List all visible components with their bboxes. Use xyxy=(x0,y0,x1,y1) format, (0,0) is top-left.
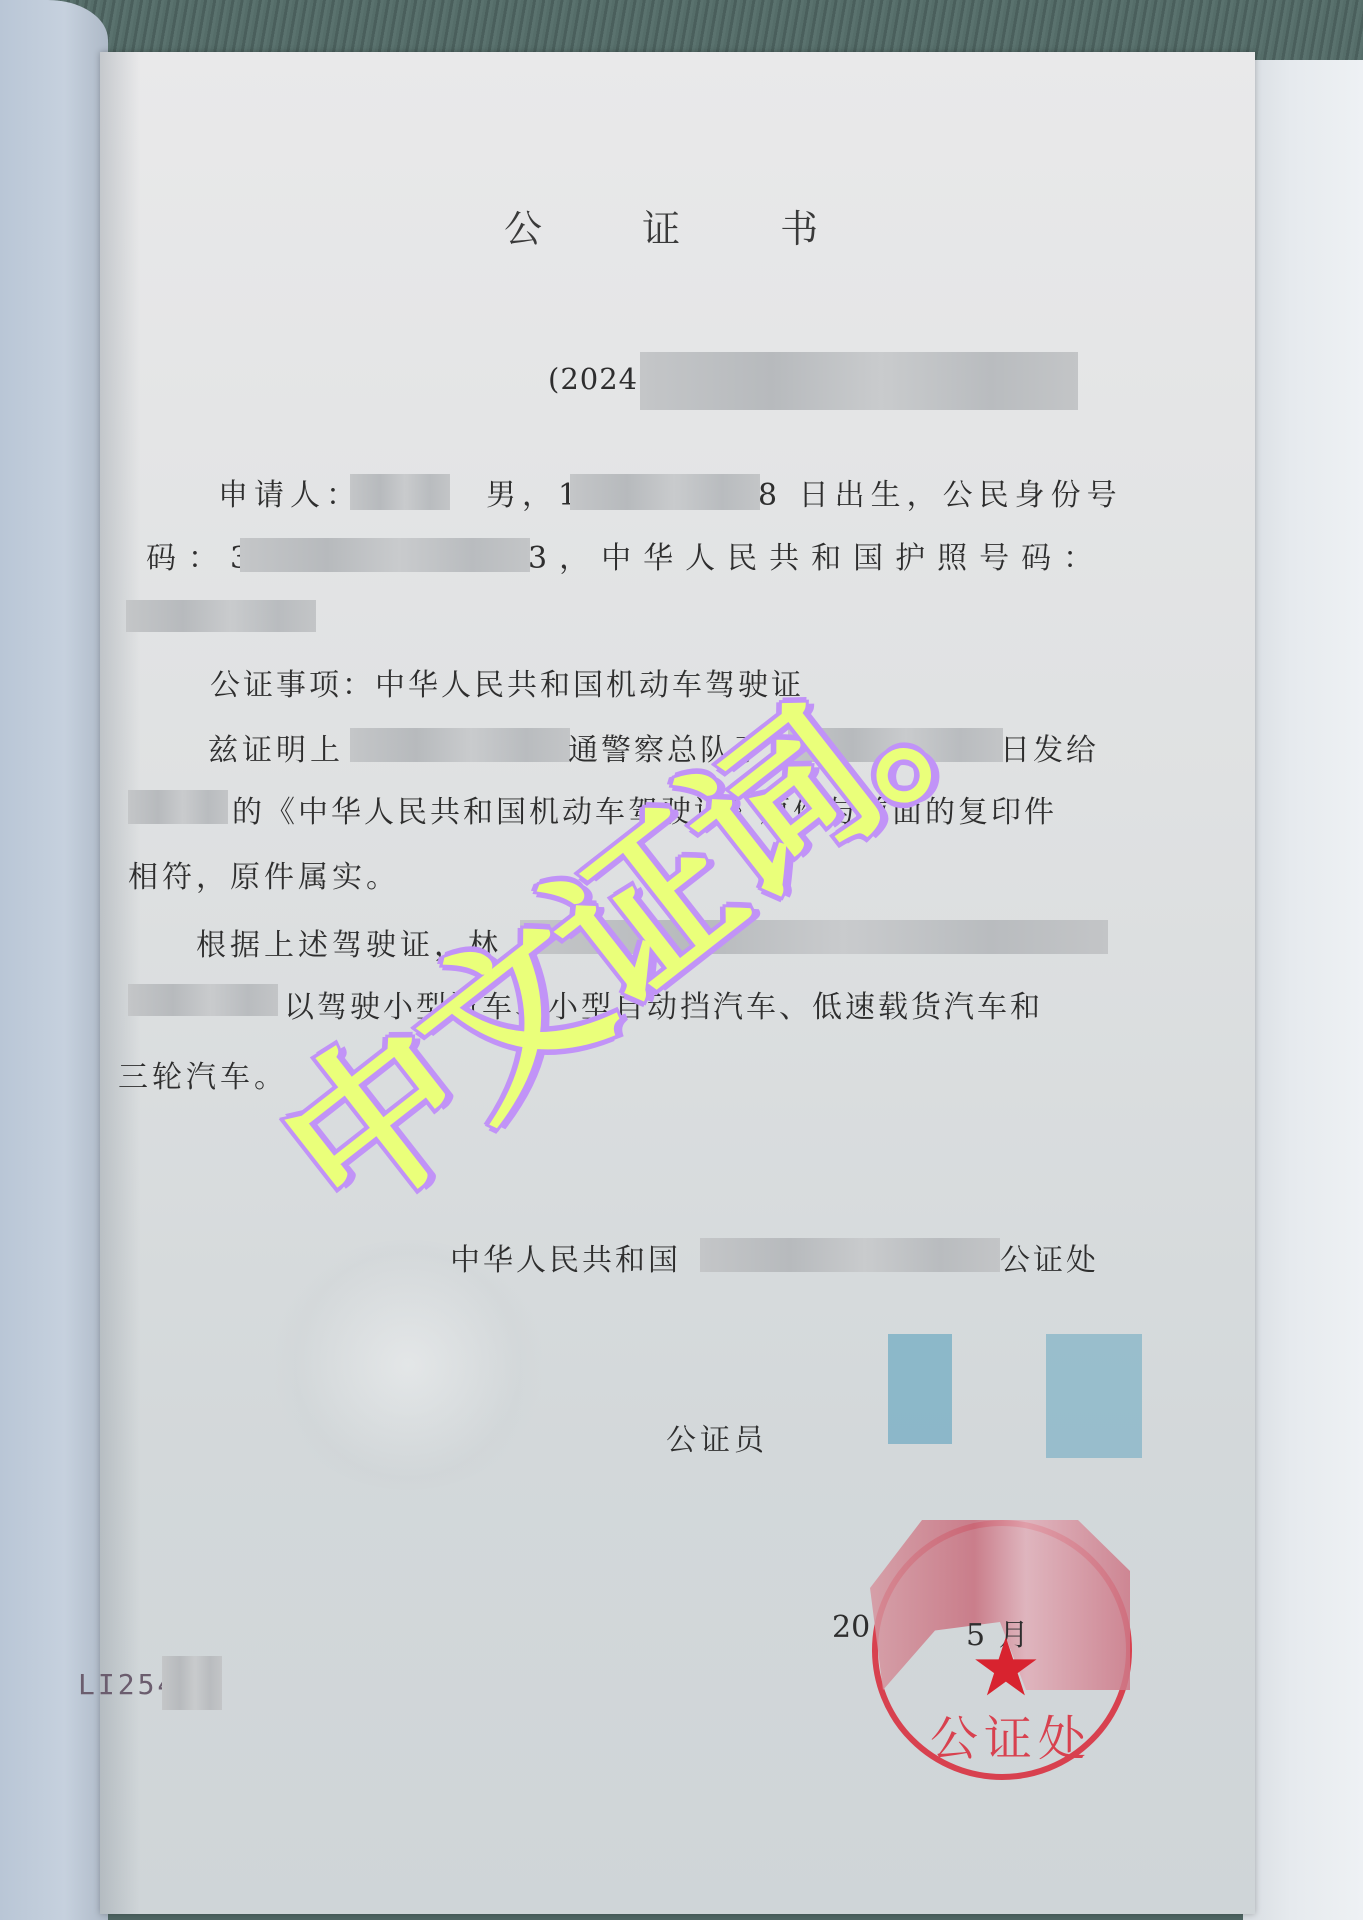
redacted-issuing-authority xyxy=(350,728,570,762)
notary-label: 公证员 xyxy=(666,1415,768,1459)
seal-star-icon: ★ xyxy=(970,1628,1042,1708)
birth-suffix: 8 日出生，公民身份号 xyxy=(758,470,1123,514)
seal-text: 公证处 xyxy=(930,1700,1092,1769)
right-page-edge xyxy=(1243,60,1363,1920)
applicant-label: 申请人： xyxy=(218,470,362,514)
certificate-number-prefix: (2024) xyxy=(548,362,650,396)
redacted-notary-signature-1 xyxy=(888,1334,952,1444)
document-title: 公 证 书 xyxy=(504,198,862,253)
date-year-prefix: 20 xyxy=(832,1610,870,1645)
left-page-edge xyxy=(0,0,108,1920)
applicant-gender: 男，1 xyxy=(486,470,583,514)
redacted-issuer-city xyxy=(700,1238,1000,1272)
redacted-passport-number xyxy=(126,600,316,632)
certify-start: 兹证明上 xyxy=(208,725,344,769)
redacted-holder-name xyxy=(128,790,228,824)
redacted-id-number xyxy=(240,538,530,572)
redacted-birth-date xyxy=(570,474,760,510)
issuer-suffix: 公证处 xyxy=(1000,1235,1099,1279)
redacted-notary-signature-2 xyxy=(1046,1334,1142,1458)
redacted-certificate-number xyxy=(640,352,1078,410)
issuer-prefix: 中华人民共和国 xyxy=(450,1235,681,1279)
page-binding-shadow xyxy=(100,52,140,1914)
redacted-license-details-2 xyxy=(128,984,278,1016)
redacted-serial-suffix xyxy=(162,1656,222,1710)
redacted-applicant-name xyxy=(350,474,450,510)
passport-label: 3，中华人民共和国护照号码： xyxy=(528,533,1105,577)
certify-line-3: 相符，原件属实。 xyxy=(128,852,400,896)
